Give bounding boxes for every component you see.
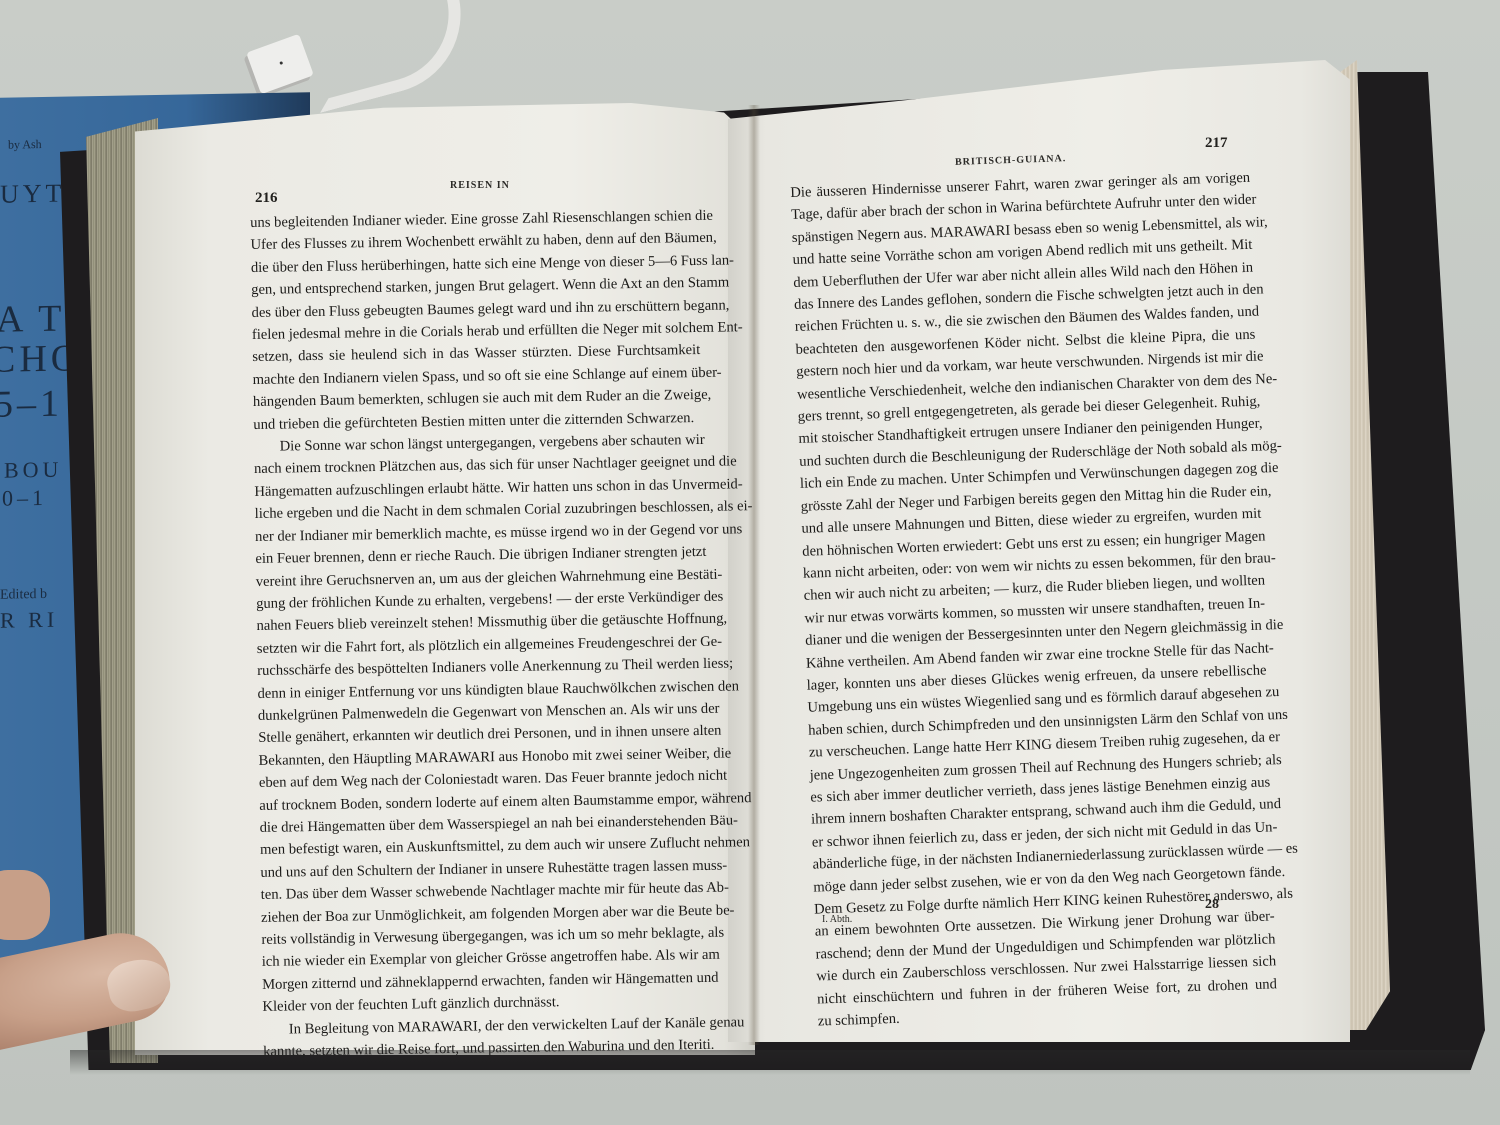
power-cable xyxy=(285,0,478,113)
hand-finger xyxy=(0,870,50,940)
blue-book-text: BOU xyxy=(4,457,62,484)
blue-book-text: by Ash xyxy=(8,137,42,153)
blue-book-text: A T xyxy=(0,297,65,342)
signature-mark: I. Abth. xyxy=(822,914,852,925)
book-shadow xyxy=(70,1050,1470,1075)
blue-book-text: R RI xyxy=(0,607,58,634)
right-page-number: 217 xyxy=(1205,135,1228,152)
blue-book-text: UYT xyxy=(0,179,65,210)
left-page-number: 216 xyxy=(255,190,278,207)
blue-book-text: Edited b xyxy=(0,587,47,604)
blue-book-text: 0–1 xyxy=(2,485,47,512)
left-running-head: REISEN IN xyxy=(450,180,510,191)
book-gutter xyxy=(748,105,760,1045)
signature-number: 28 xyxy=(1205,897,1219,913)
blue-book-text: 5–1 xyxy=(0,382,63,427)
left-page-text: uns begleitenden Indianer wieder. Eine g… xyxy=(250,205,711,1063)
